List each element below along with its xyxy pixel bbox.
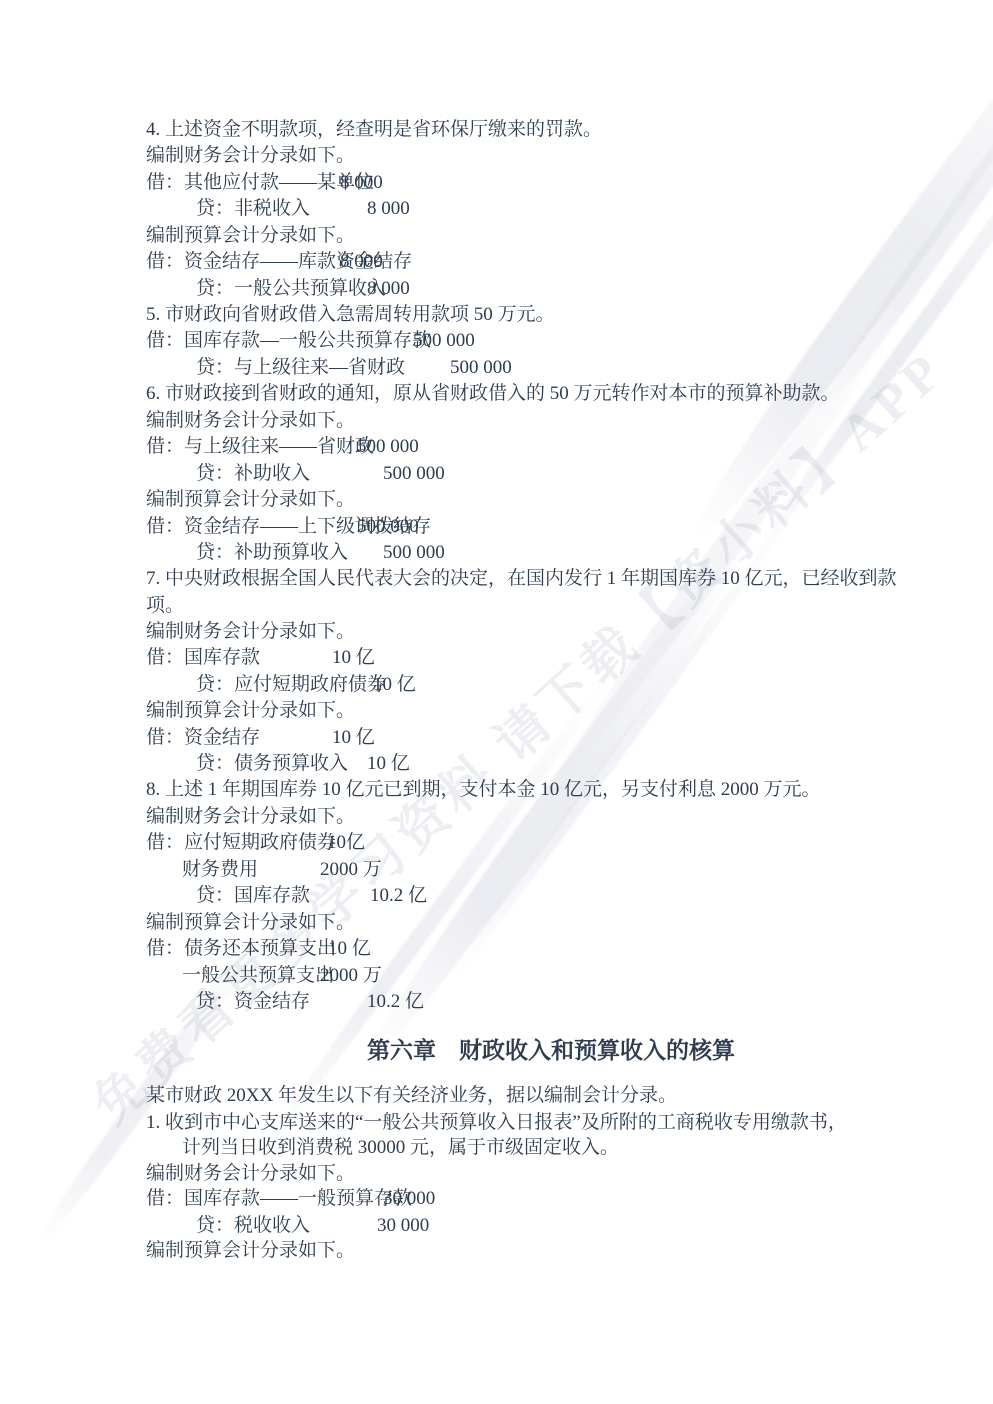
text-line: 编制预算会计分录如下。 bbox=[0, 911, 993, 938]
amount-value: 500 000 bbox=[413, 329, 475, 353]
text-line: 编制财务会计分录如下。 bbox=[0, 1162, 993, 1189]
line-text: 编制预算会计分录如下。 bbox=[146, 488, 355, 512]
line-text: 编制预算会计分录如下。 bbox=[146, 1239, 355, 1263]
journal-entry-line: 贷：税收收入30 000 bbox=[0, 1214, 993, 1241]
line-text: 编制财务会计分录如下。 bbox=[146, 805, 355, 829]
account-label: 贷：税收收入 bbox=[196, 1214, 310, 1238]
journal-entry-line: 贷：非税收入8 000 bbox=[0, 197, 993, 224]
text-line: 编制财务会计分录如下。 bbox=[0, 409, 993, 436]
account-label: 借：债务还本预算支出 bbox=[146, 937, 336, 961]
account-label: 一般公共预算支出 bbox=[182, 964, 334, 988]
amount-value: 500 000 bbox=[357, 435, 419, 459]
amount-value: 500 000 bbox=[357, 515, 419, 539]
amount-value: 10 亿 bbox=[367, 752, 410, 776]
journal-entry-line: 贷：债务预算收入10 亿 bbox=[0, 752, 993, 779]
amount-value: 10 亿 bbox=[373, 673, 416, 697]
text-line: 编制预算会计分录如下。 bbox=[0, 224, 993, 251]
account-label: 贷：资金结存 bbox=[196, 990, 310, 1014]
amount-value: 10 亿 bbox=[332, 726, 375, 750]
text-line: 编制财务会计分录如下。 bbox=[0, 805, 993, 832]
text-line: 5. 市财政向省财政借入急需周转用款项 50 万元。 bbox=[0, 303, 993, 330]
line-text: 编制财务会计分录如下。 bbox=[146, 144, 355, 168]
amount-value: 500 000 bbox=[383, 462, 445, 486]
line-text: 计列当日收到消费税 30000 元，属于市级固定收入。 bbox=[182, 1136, 619, 1160]
line-text: 项。 bbox=[146, 594, 184, 618]
account-label: 借：与上级往来——省财政 bbox=[146, 435, 374, 459]
journal-entry-line: 借：应付短期政府债券10亿 bbox=[0, 831, 993, 858]
amount-value: 8 000 bbox=[340, 171, 383, 195]
amount-value: 2000 万 bbox=[320, 858, 382, 882]
journal-entry-line: 借：资金结存10 亿 bbox=[0, 726, 993, 753]
text-line: 4. 上述资金不明款项，经查明是省环保厅缴来的罚款。 bbox=[0, 118, 993, 145]
line-text: 某市财政 20XX 年发生以下有关经济业务，据以编制会计分录。 bbox=[146, 1084, 677, 1108]
amount-value: 8 000 bbox=[367, 197, 410, 221]
text-line: 1. 收到市中心支库送来的“一般公共预算收入日报表”及所附的工商税收专用缴款书， bbox=[0, 1111, 993, 1138]
account-label: 贷：补助收入 bbox=[196, 462, 310, 486]
text-line: 计列当日收到消费税 30000 元，属于市级固定收入。 bbox=[0, 1136, 993, 1163]
account-label: 借：国库存款 bbox=[146, 646, 260, 670]
journal-entry-line: 贷：国库存款10.2 亿 bbox=[0, 884, 993, 911]
chapter-heading: 第六章 财政收入和预算收入的核算 bbox=[0, 1036, 993, 1070]
text-line: 7. 中央财政根据全国人民代表大会的决定，在国内发行 1 年期国库券 10 亿元… bbox=[0, 567, 993, 594]
amount-value: 2000 万 bbox=[320, 964, 382, 988]
line-text: 编制财务会计分录如下。 bbox=[146, 409, 355, 433]
account-label: 贷：国库存款 bbox=[196, 884, 310, 908]
text-line: 8. 上述 1 年期国库券 10 亿元已到期，支付本金 10 亿元，另支付利息 … bbox=[0, 778, 993, 805]
line-text: 1. 收到市中心支库送来的“一般公共预算收入日报表”及所附的工商税收专用缴款书， bbox=[146, 1111, 847, 1135]
line-text: 7. 中央财政根据全国人民代表大会的决定，在国内发行 1 年期国库券 10 亿元… bbox=[146, 567, 897, 591]
line-text: 编制预算会计分录如下。 bbox=[146, 911, 355, 935]
journal-entry-line: 贷：资金结存10.2 亿 bbox=[0, 990, 993, 1017]
journal-entry-line: 贷：补助收入500 000 bbox=[0, 462, 993, 489]
journal-entry-line: 贷：应付短期政府债券10 亿 bbox=[0, 673, 993, 700]
amount-value: 8 000 bbox=[367, 277, 410, 301]
text-line: 编制预算会计分录如下。 bbox=[0, 1239, 993, 1266]
account-label: 贷：一般公共预算收入 bbox=[196, 277, 386, 301]
journal-entry-line: 借：其他应付款——某单位8 000 bbox=[0, 171, 993, 198]
journal-entry-line: 贷：一般公共预算收入8 000 bbox=[0, 277, 993, 304]
journal-entry-line: 一般公共预算支出2000 万 bbox=[0, 964, 993, 991]
journal-entry-line: 借：国库存款——一般预算存款30 000 bbox=[0, 1187, 993, 1214]
journal-entry-line: 财务费用2000 万 bbox=[0, 858, 993, 885]
amount-value: 10.2 亿 bbox=[367, 990, 424, 1014]
line-text: 6. 市财政接到省财政的通知，原从省财政借入的 50 万元转作对本市的预算补助款… bbox=[146, 382, 840, 406]
journal-entry-line: 借：国库存款—一般公共预算存款500 000 bbox=[0, 329, 993, 356]
amount-value: 10 亿 bbox=[328, 937, 371, 961]
account-label: 贷：补助预算收入 bbox=[196, 541, 348, 565]
journal-entry-line: 借：与上级往来——省财政500 000 bbox=[0, 435, 993, 462]
amount-value: 500 000 bbox=[450, 356, 512, 380]
journal-entry-line: 借：国库存款10 亿 bbox=[0, 646, 993, 673]
line-text: 4. 上述资金不明款项，经查明是省环保厅缴来的罚款。 bbox=[146, 118, 602, 142]
journal-entry-line: 贷：与上级往来—省财政500 000 bbox=[0, 356, 993, 383]
journal-entry-line: 贷：补助预算收入500 000 bbox=[0, 541, 993, 568]
account-label: 财务费用 bbox=[182, 858, 258, 882]
text-line: 6. 市财政接到省财政的通知，原从省财政借入的 50 万元转作对本市的预算补助款… bbox=[0, 382, 993, 409]
line-text: 编制预算会计分录如下。 bbox=[146, 224, 355, 248]
line-text: 编制财务会计分录如下。 bbox=[146, 620, 355, 644]
account-label: 贷：与上级往来—省财政 bbox=[196, 356, 405, 380]
document-page: 免费看更多学习资料 请下载【资小料】APP 4. 上述资金不明款项，经查明是省环… bbox=[0, 0, 993, 1404]
account-label: 借：国库存款—一般公共预算存款 bbox=[146, 329, 431, 353]
account-label: 贷：债务预算收入 bbox=[196, 752, 348, 776]
text-line: 编制财务会计分录如下。 bbox=[0, 620, 993, 647]
line-text: 5. 市财政向省财政借入急需周转用款项 50 万元。 bbox=[146, 303, 555, 327]
account-label: 贷：非税收入 bbox=[196, 197, 310, 221]
account-label: 借：资金结存 bbox=[146, 726, 260, 750]
amount-value: 30 000 bbox=[377, 1214, 429, 1238]
account-label: 借：应付短期政府债券 bbox=[146, 831, 336, 855]
account-label: 借：国库存款——一般预算存款 bbox=[146, 1187, 412, 1211]
journal-entry-line: 借：资金结存——上下级调拨结存500 000 bbox=[0, 515, 993, 542]
chapter-heading-text: 第六章 财政收入和预算收入的核算 bbox=[367, 1036, 735, 1066]
line-text: 8. 上述 1 年期国库券 10 亿元已到期，支付本金 10 亿元，另支付利息 … bbox=[146, 778, 821, 802]
line-text: 编制预算会计分录如下。 bbox=[146, 699, 355, 723]
amount-value: 500 000 bbox=[383, 541, 445, 565]
text-line: 编制预算会计分录如下。 bbox=[0, 488, 993, 515]
text-line: 编制预算会计分录如下。 bbox=[0, 699, 993, 726]
text-line: 项。 bbox=[0, 594, 993, 621]
document-content: 4. 上述资金不明款项，经查明是省环保厅缴来的罚款。编制财务会计分录如下。借：其… bbox=[0, 0, 993, 1404]
account-label: 贷：应付短期政府债券 bbox=[196, 673, 386, 697]
amount-value: 10.2 亿 bbox=[370, 884, 427, 908]
amount-value: 30 000 bbox=[383, 1187, 435, 1211]
line-text: 编制财务会计分录如下。 bbox=[146, 1162, 355, 1186]
amount-value: 10亿 bbox=[327, 831, 365, 855]
journal-entry-line: 借：资金结存——库款资金结存8 000 bbox=[0, 250, 993, 277]
text-line: 某市财政 20XX 年发生以下有关经济业务，据以编制会计分录。 bbox=[0, 1084, 993, 1111]
amount-value: 8 000 bbox=[340, 250, 383, 274]
amount-value: 10 亿 bbox=[332, 646, 375, 670]
journal-entry-line: 借：债务还本预算支出10 亿 bbox=[0, 937, 993, 964]
text-line: 编制财务会计分录如下。 bbox=[0, 144, 993, 171]
